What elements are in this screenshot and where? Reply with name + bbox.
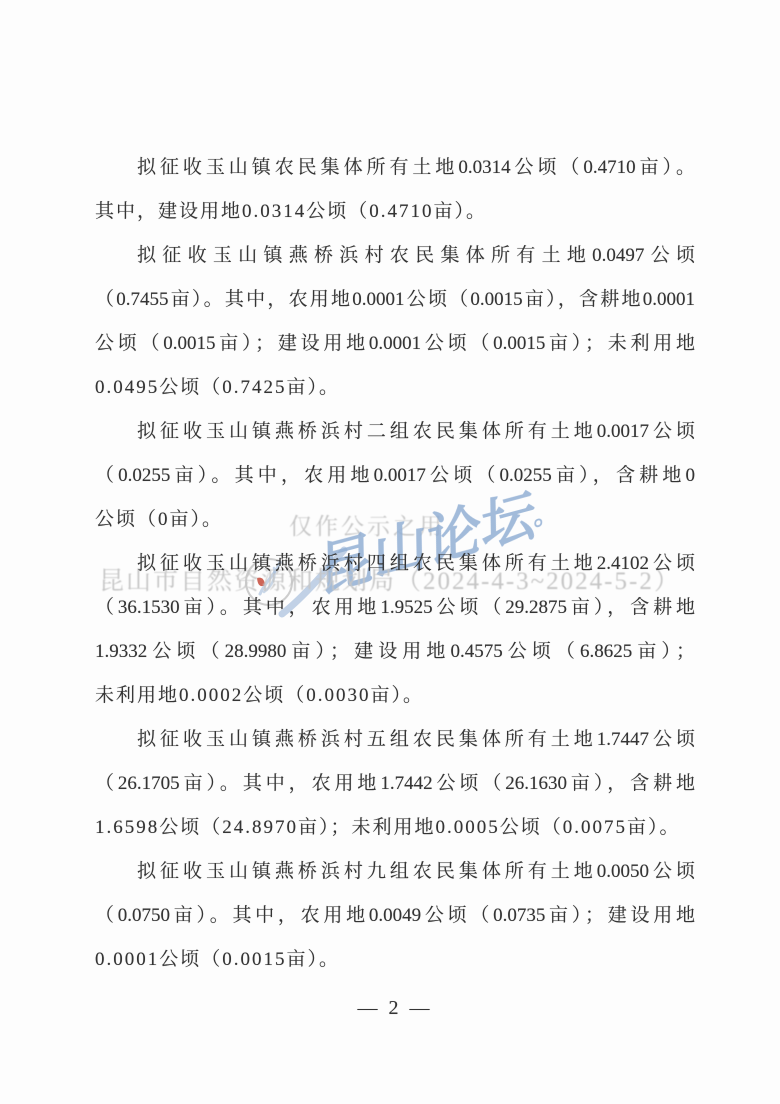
text-line: 1.6598公顷（24.8970亩）；未利用地0.0005公顷（0.0075亩）… (95, 806, 695, 850)
text-line: 拟征收玉山镇燕桥浜村九组农民集体所有土地0.0050公顷 (95, 850, 695, 894)
paragraph: 拟征收玉山镇燕桥浜村九组农民集体所有土地0.0050公顷 （0.0750亩）。其… (95, 850, 695, 982)
text-line: 拟征收玉山镇燕桥浜村二组农民集体所有土地0.0017公顷 (95, 410, 695, 454)
paragraph: 拟征收玉山镇燕桥浜村五组农民集体所有土地1.7447公顷 （26.1705亩）。… (95, 718, 695, 850)
text-line: 拟征收玉山镇燕桥浜村五组农民集体所有土地1.7447公顷 (95, 718, 695, 762)
text-line: 公顷（0.0015亩）；建设用地0.0001公顷（0.0015亩）；未利用地 (95, 322, 695, 366)
text-line: （0.0255亩）。其中，农用地0.0017公顷（0.0255亩），含耕地0 (95, 454, 695, 498)
page-content: 拟征收玉山镇农民集体所有土地0.0314公顷（0.4710亩）。 其中，建设用地… (0, 0, 780, 1104)
text-line: 0.0001公顷（0.0015亩）。 (95, 938, 695, 982)
text-line: 拟征收玉山镇农民集体所有土地0.0314公顷（0.4710亩）。 (95, 146, 695, 190)
paragraph: 拟征收玉山镇燕桥浜村二组农民集体所有土地0.0017公顷 （0.0255亩）。其… (95, 410, 695, 542)
document-page: 仅作公示之用 昆山论坛。 昆山市自然资源和规划局（2024-4-3~2024-5… (0, 0, 780, 1104)
text-line: 0.0495公顷（0.7425亩）。 (95, 366, 695, 410)
text-line: 其中，建设用地0.0314公顷（0.4710亩）。 (95, 190, 695, 234)
text-line: 拟征收玉山镇燕桥浜村四组农民集体所有土地2.4102公顷 (95, 542, 695, 586)
text-line: 1.9332公顷（28.9980亩）；建设用地0.4575公顷（6.8625亩）… (95, 630, 695, 674)
page-number: — 2 — (95, 997, 695, 1020)
text-line: 拟征收玉山镇燕桥浜村农民集体所有土地0.0497公顷 (95, 234, 695, 278)
paragraph: 拟征收玉山镇燕桥浜村四组农民集体所有土地2.4102公顷 （36.1530亩）。… (95, 542, 695, 718)
text-line: （0.0750亩）。其中，农用地0.0049公顷（0.0735亩）；建设用地 (95, 894, 695, 938)
text-line: 公顷（0亩）。 (95, 498, 695, 542)
paragraph: 拟征收玉山镇农民集体所有土地0.0314公顷（0.4710亩）。 其中，建设用地… (95, 146, 695, 234)
text-line: （26.1705亩）。其中，农用地1.7442公顷（26.1630亩），含耕地 (95, 762, 695, 806)
text-line: （36.1530亩）。其中，农用地1.9525公顷（29.2875亩），含耕地 (95, 586, 695, 630)
paragraph: 拟征收玉山镇燕桥浜村农民集体所有土地0.0497公顷 （0.7455亩）。其中，… (95, 234, 695, 410)
text-line: 未利用地0.0002公顷（0.0030亩）。 (95, 674, 695, 718)
text-line: （0.7455亩）。其中，农用地0.0001公顷（0.0015亩），含耕地0.0… (95, 278, 695, 322)
